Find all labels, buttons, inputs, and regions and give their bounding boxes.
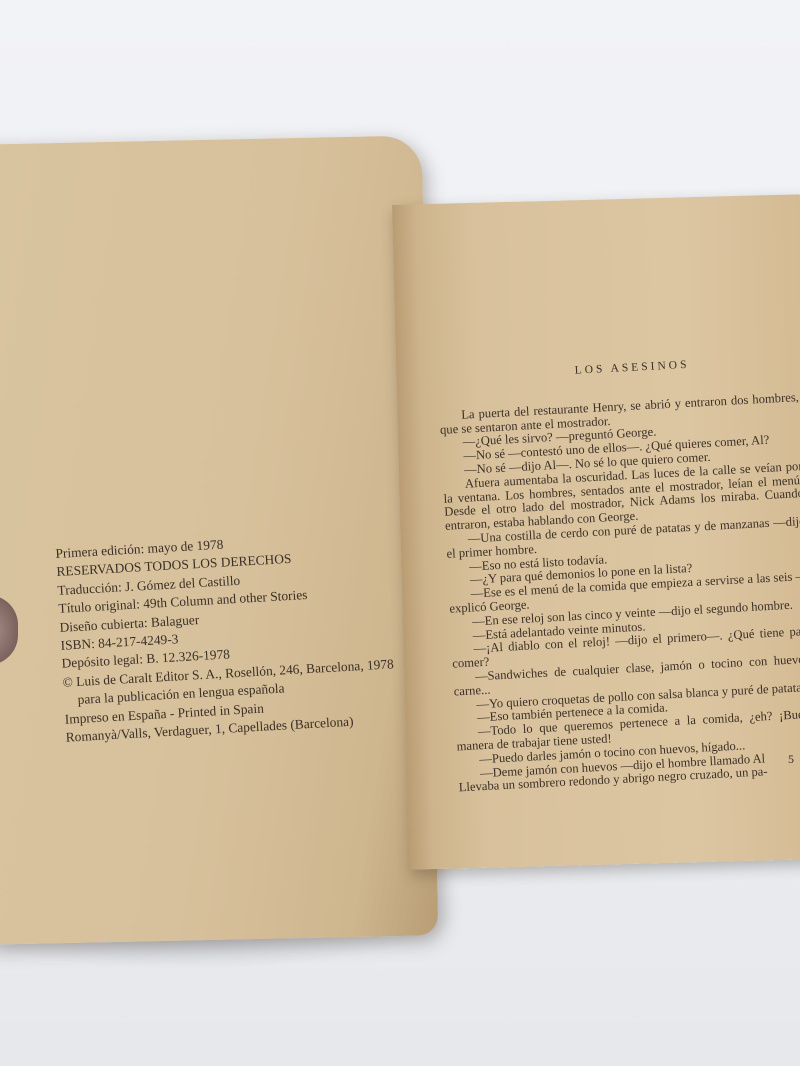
story-text: LOS ASESINOS La puerta del restaurante H… (437, 353, 800, 795)
imprint-block: Primera edición: mayo de 1978 RESERVADOS… (55, 524, 436, 747)
page-number: 5 (788, 752, 794, 767)
